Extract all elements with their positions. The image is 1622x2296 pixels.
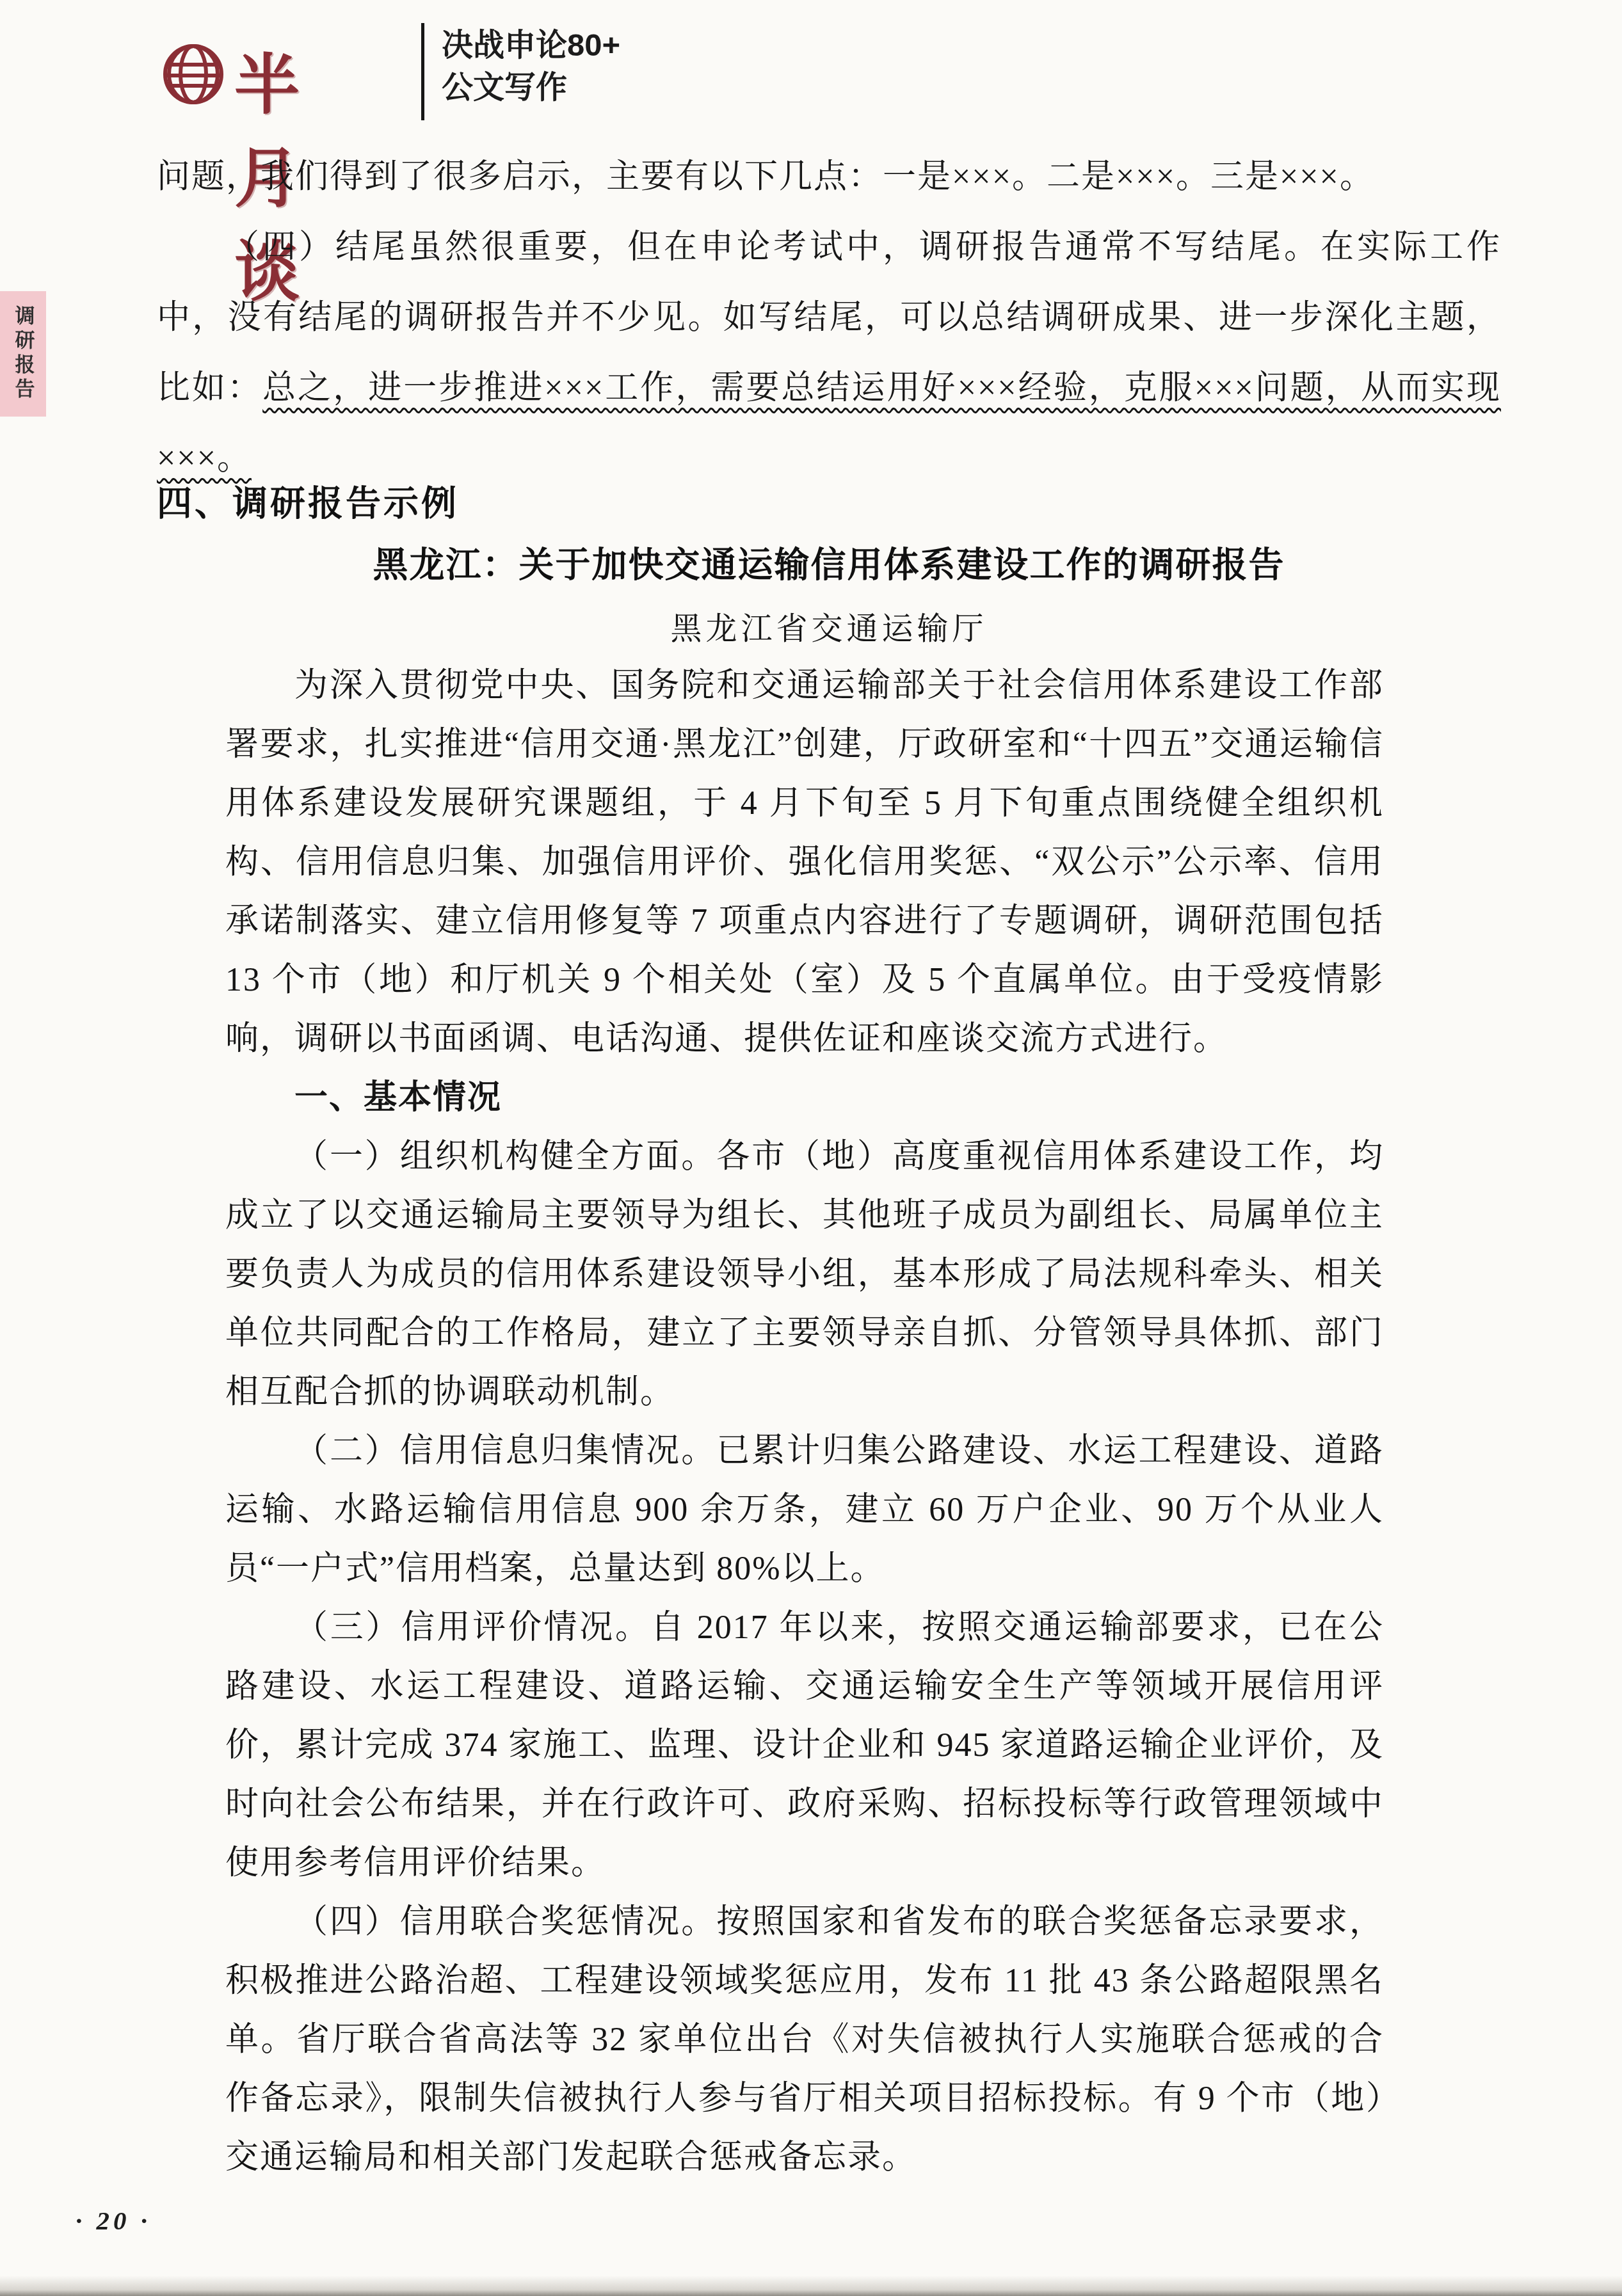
intro-paragraph-four: （四）结尾虽然很重要，但在申论考试中，调研报告通常不写结尾。在实际工作中，没有结… <box>157 212 1501 494</box>
report-paragraph-3: （二）信用信息归集情况。已累计归集公路建设、水运工程建设、道路运输、水路运输信用… <box>225 1422 1384 1598</box>
report-title: 黑龙江：关于加快交通运输信用体系建设工作的调研报告 <box>138 536 1520 587</box>
globe-icon <box>161 41 225 108</box>
report-paragraph-2: （一）组织机构健全方面。各市（地）高度重视信用体系建设工作，均成立了以交通运输局… <box>225 1128 1384 1422</box>
chapter-side-tab: 调研报告 <box>0 291 46 417</box>
series-title-line1: 决战申论80+ <box>442 26 620 65</box>
header-divider <box>421 23 424 120</box>
page-number: · 20 · <box>76 2205 151 2236</box>
wavy-underlined-example-text: 总之，进一步推进×××工作，需要总结运用好×××经验，克服×××问题，从而实现×… <box>157 370 1501 477</box>
report-paragraph-5: （四）信用联合奖惩情况。按照国家和省发布的联合奖惩备忘录要求，积极推进公路治超、… <box>225 1893 1384 2187</box>
report-paragraph-4: （三）信用评价情况。自 2017 年以来，按照交通运输部要求，已在公路建设、水运… <box>225 1598 1384 1893</box>
series-title: 决战申论80+ 公文写作 <box>442 26 620 108</box>
report-body: 为深入贯彻党中央、国务院和交通运输部关于社会信用体系建设工作部署要求，扎实推进“… <box>225 657 1384 2187</box>
series-title-line2: 公文写作 <box>442 68 620 108</box>
intro-section: 问题，我们得到了很多启示，主要有以下几点：一是×××。二是×××。三是×××。 … <box>157 142 1501 494</box>
section-heading: 四、调研报告示例 <box>157 475 459 525</box>
scanned-book-page: 半月谈 决战申论80+ 公文写作 调研报告 问题，我们得到了很多启示，主要有以下… <box>0 0 1622 2296</box>
report-subheading-basic-situation: 一、基本情况 <box>225 1069 1384 1128</box>
report-author: 黑龙江省交通运输厅 <box>138 604 1520 649</box>
report-paragraph-1: 为深入贯彻党中央、国务院和交通运输部关于社会信用体系建设工作部署要求，扎实推进“… <box>225 657 1384 1069</box>
scan-edge-shadow <box>0 2276 1622 2296</box>
chapter-side-tab-label: 调研报告 <box>9 305 38 403</box>
intro-paragraph-continuation: 问题，我们得到了很多启示，主要有以下几点：一是×××。二是×××。三是×××。 <box>157 142 1501 212</box>
